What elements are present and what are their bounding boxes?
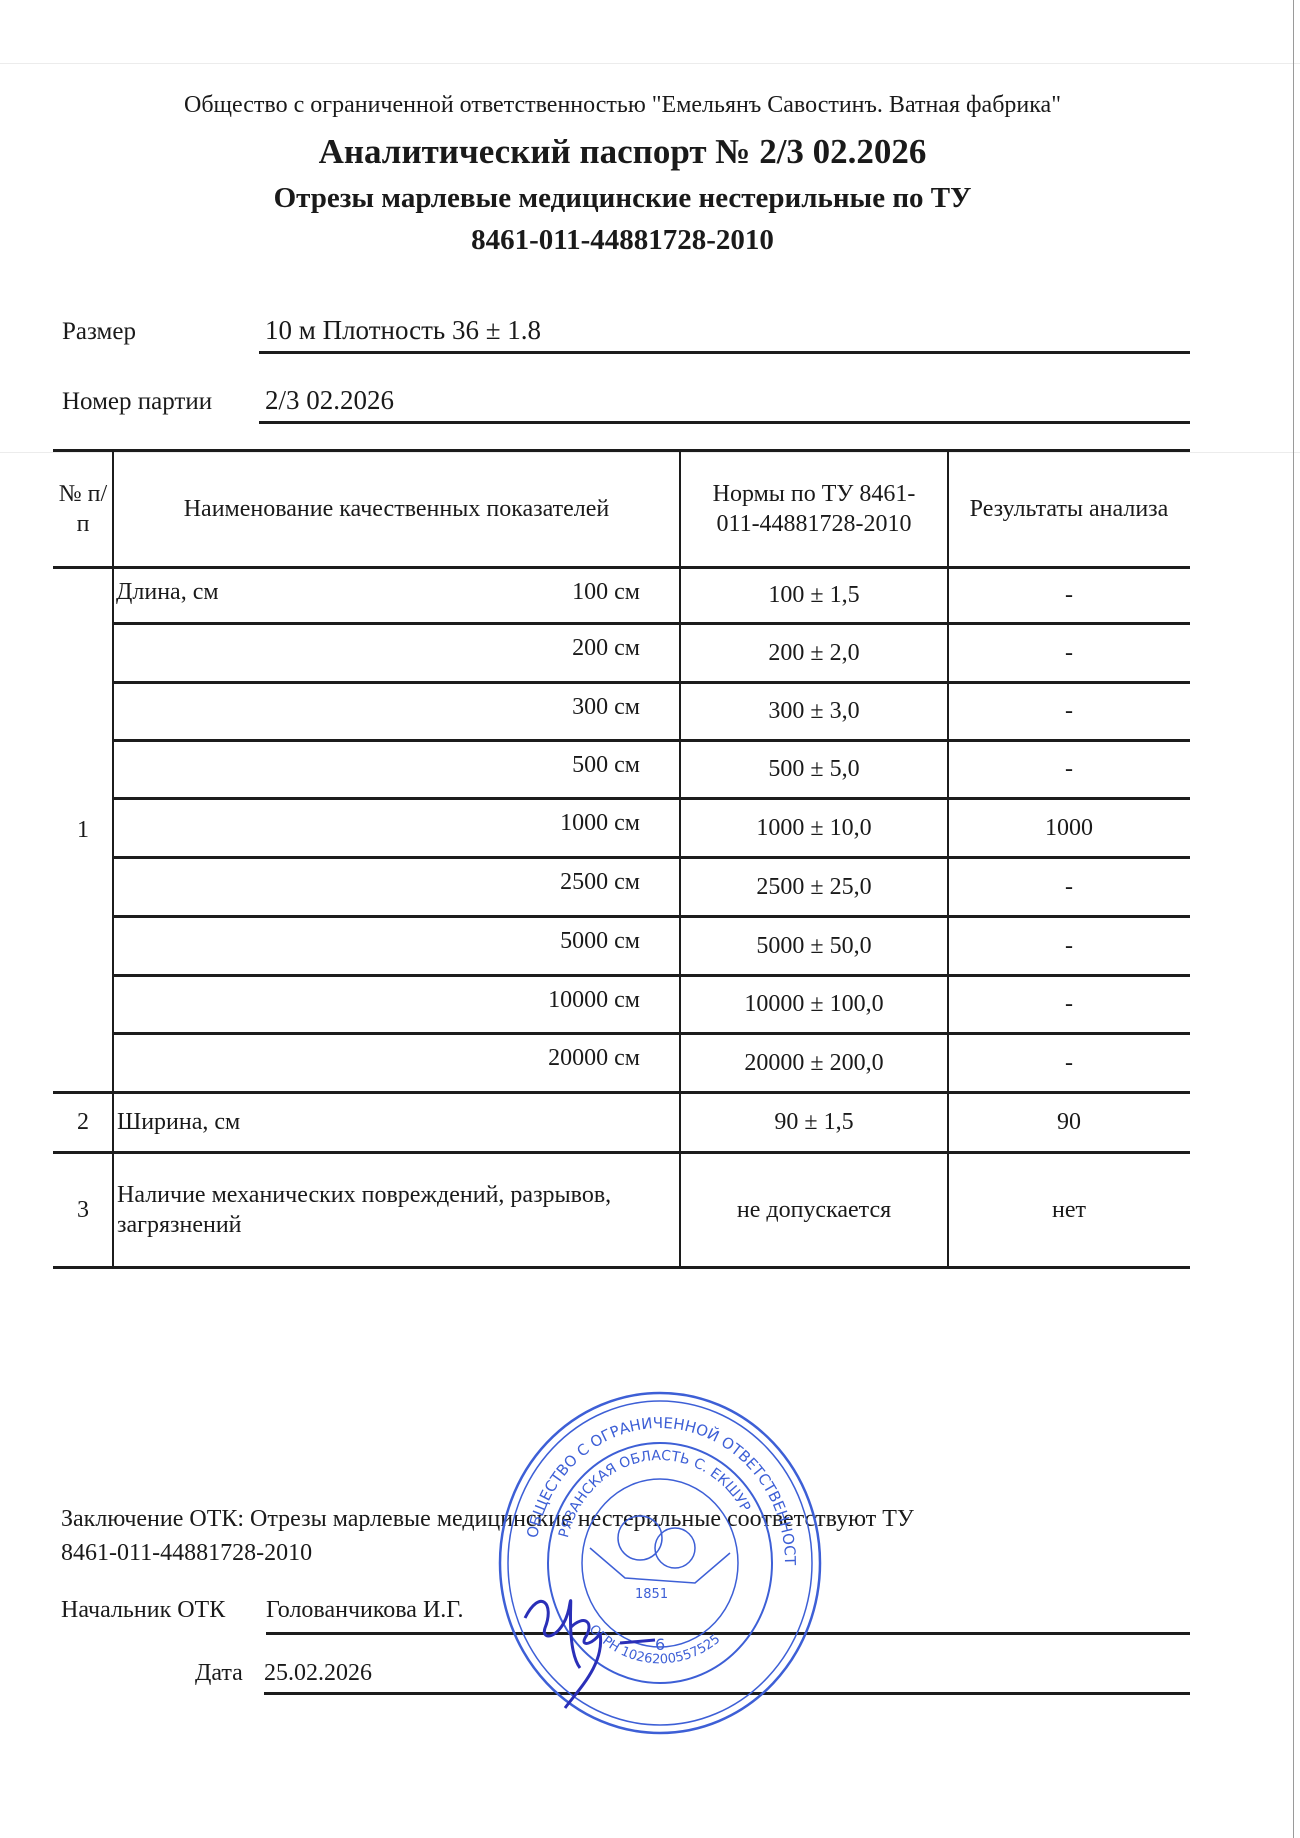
header-num: № п/п <box>53 450 113 567</box>
length-option: 300 см <box>113 694 640 721</box>
scan-artifact-line <box>0 63 1300 64</box>
result-value: 1000 <box>948 798 1190 857</box>
length-option: 1000 см <box>113 810 640 837</box>
batch-value: 2/3 02.2026 <box>265 385 394 416</box>
company-name: Общество с ограниченной ответственностью… <box>0 92 1245 119</box>
scan-edge-line <box>1293 0 1294 1838</box>
norm-value: 90 ± 1,5 <box>680 1092 948 1152</box>
norm-value: 100 ± 1,5 <box>680 567 948 623</box>
length-option: 500 см <box>113 752 640 779</box>
indicator-name: Ширина, см <box>113 1092 680 1152</box>
row-number: 1 <box>53 567 113 1092</box>
signature-underline <box>266 1632 1190 1635</box>
norm-value: не допускается <box>680 1152 948 1267</box>
norm-value: 20000 ± 200,0 <box>680 1033 948 1092</box>
result-value: - <box>948 740 1190 798</box>
stamp-ogrn: ОГРН 1026200557525 <box>586 1622 723 1667</box>
row-number: 2 <box>53 1092 113 1152</box>
norm-value: 1000 ± 10,0 <box>680 798 948 857</box>
date-underline <box>264 1692 1190 1695</box>
length-option: 2500 см <box>113 869 640 896</box>
length-option: 100 см <box>113 579 640 606</box>
result-value: - <box>948 857 1190 916</box>
product-spec-code: 8461-011-44881728-2010 <box>0 224 1245 257</box>
stamp-outer-text: ОБЩЕСТВО С ОГРАНИЧЕННОЙ ОТВЕТСТВЕННОСТЬЮ <box>495 1388 799 1566</box>
result-value: нет <box>948 1152 1190 1267</box>
indicator-name: Наличие механических повреждений, разрыв… <box>113 1152 620 1267</box>
norm-value: 500 ± 5,0 <box>680 740 948 798</box>
conclusion-spec: 8461-011-44881728-2010 <box>61 1540 312 1567</box>
norm-value: 5000 ± 50,0 <box>680 916 948 975</box>
size-value: 10 м Плотность 36 ± 1.8 <box>265 315 541 346</box>
batch-underline <box>259 421 1190 424</box>
result-value: - <box>948 623 1190 682</box>
norm-value: 200 ± 2,0 <box>680 623 948 682</box>
conclusion-text: Заключение ОТК: Отрезы марлевые медицинс… <box>61 1506 914 1533</box>
signer-name: Голованчикова И.Г. <box>266 1597 463 1624</box>
size-label: Размер <box>62 318 136 346</box>
result-value: - <box>948 1033 1190 1092</box>
batch-label: Номер партии <box>62 388 212 416</box>
result-value: - <box>948 916 1190 975</box>
signer-label: Начальник ОТК <box>61 1597 225 1624</box>
result-value: - <box>948 975 1190 1033</box>
length-option: 5000 см <box>113 928 640 955</box>
header-norms: Нормы по ТУ 8461-011-44881728-2010 <box>694 450 934 567</box>
stamp-year: 1851 <box>635 1587 668 1602</box>
date-label: Дата <box>195 1660 243 1687</box>
result-value: - <box>948 682 1190 740</box>
product-title: Отрезы марлевые медицинские нестерильные… <box>0 182 1245 215</box>
length-option: 10000 см <box>113 987 640 1014</box>
stamp-number: 6 <box>655 1635 665 1654</box>
norm-value: 2500 ± 25,0 <box>680 857 948 916</box>
length-option: 20000 см <box>113 1045 640 1072</box>
header-results: Результаты анализа <box>968 450 1170 567</box>
header-name: Наименование качественных показателей <box>113 450 680 567</box>
norm-value: 10000 ± 100,0 <box>680 975 948 1033</box>
date-value: 25.02.2026 <box>264 1660 372 1687</box>
length-option: 200 см <box>113 635 640 662</box>
company-seal-stamp: ОБЩЕСТВО С ОГРАНИЧЕННОЙ ОТВЕТСТВЕННОСТЬЮ… <box>495 1388 825 1738</box>
document-title: Аналитический паспорт № 2/3 02.2026 <box>0 132 1245 172</box>
result-value: 90 <box>948 1092 1190 1152</box>
result-value: - <box>948 567 1190 623</box>
size-underline <box>259 351 1190 354</box>
row-number: 3 <box>53 1152 113 1267</box>
norm-value: 300 ± 3,0 <box>680 682 948 740</box>
